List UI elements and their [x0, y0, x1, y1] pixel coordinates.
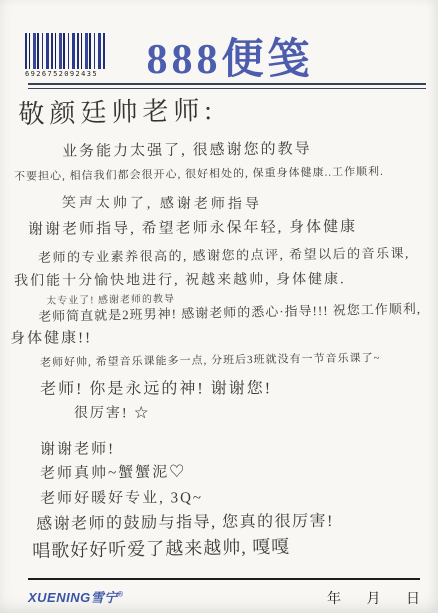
footer-divider [28, 578, 420, 580]
handwritten-line: 不要担心, 相信我们都会很开心, 很好相处的, 保重身体健康..工作顺利. [14, 163, 384, 184]
handwritten-line: 老师好暖好专业, 3Q~ [40, 486, 203, 508]
handwritten-line: 业务能力太强了, 很感谢您的教导 [62, 137, 312, 161]
handwritten-line: 我们能十分愉快地进行, 祝越来越帅, 身体健康. [14, 268, 346, 290]
handwritten-line: 老师真帅~蟹蟹泥♡ [40, 460, 186, 483]
brand-name: XUENING雪宁 [28, 590, 118, 605]
registered-mark: ® [118, 592, 124, 599]
handwritten-line: 老师的专业素养很高的, 感谢您的点评, 希望以后的音乐课, [38, 242, 410, 266]
brand-logo: XUENING雪宁® [28, 587, 123, 606]
barcode-digits: 6926752092435 [25, 70, 107, 78]
handwritten-line: 谢谢老师! [40, 437, 115, 459]
header-divider [28, 83, 426, 89]
memo-photo: 6926752092435 888便笺 敬颜廷帅老师: 业务能力太强了, 很感谢… [0, 0, 438, 613]
handwritten-line: 唱歌好好听爱了越来越帅, 嘎嘎 [32, 532, 290, 562]
handwritten-line: 老师好帅, 希望音乐课能多一点, 分班后3班就没有一节音乐课了~ [40, 349, 381, 370]
handwritten-greeting: 敬颜廷帅老师: [18, 90, 217, 131]
handwritten-line: 老师! 你是永远的神! 谢谢您! [40, 375, 272, 399]
handwritten-line: 谢谢老师指导, 希望老师永保年轻, 身体健康 [28, 215, 357, 239]
memo-pad-title: 888便笺 [110, 26, 350, 86]
handwritten-line: 很厉害! ☆ [74, 402, 150, 422]
handwritten-line: 感谢老师的鼓励与指导, 您真的很厉害! [36, 508, 334, 534]
handwritten-line: 笑声太帅了, 感谢老师指导 [62, 192, 262, 213]
handwritten-line: 身体健康!! [10, 326, 92, 348]
barcode-bars-icon [25, 33, 107, 69]
date-fields-label: 年 月 日 [327, 588, 420, 608]
barcode: 6926752092435 [25, 33, 107, 78]
